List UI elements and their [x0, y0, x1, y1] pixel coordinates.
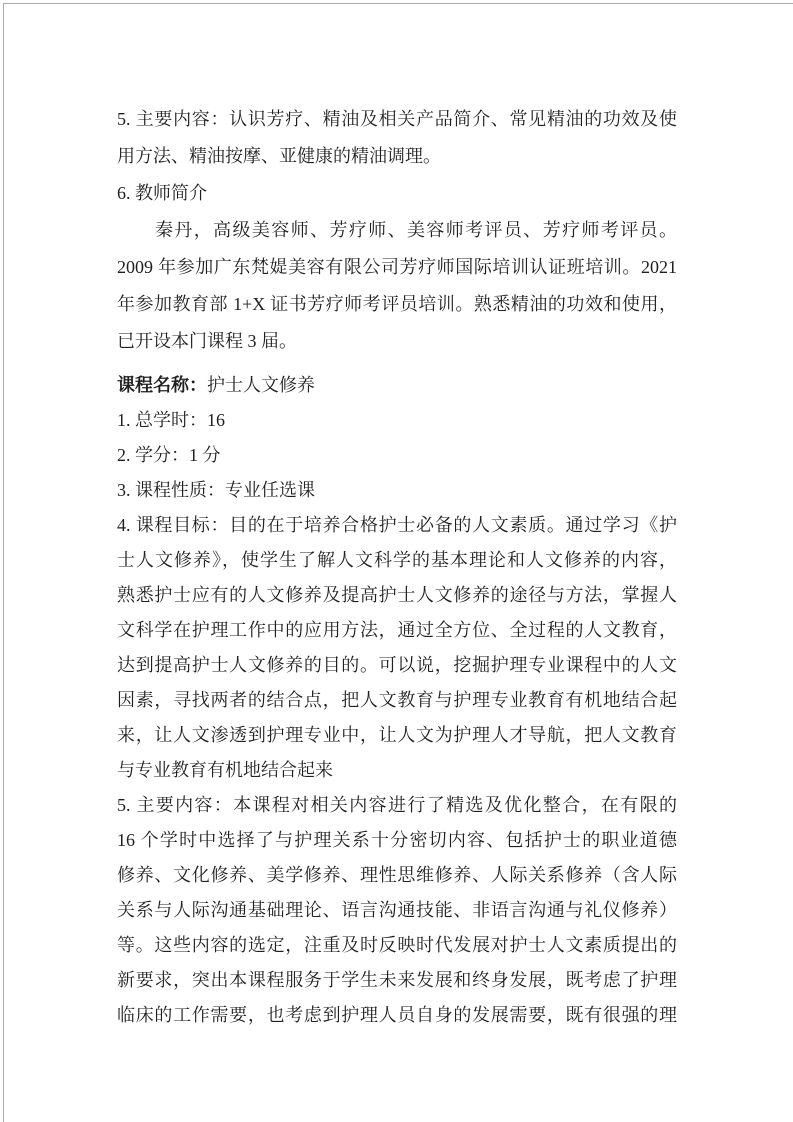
text-line: 2. 学分：1 分	[117, 438, 677, 473]
text-line: 与专业教育有机地结合起来	[117, 753, 677, 788]
text-line: 2009 年参加广东梵媞美容有限公司芳疗师国际培训认证班培训。2021	[117, 249, 677, 286]
course2-section: 课程名称：护士人文修养 1. 总学时：16 2. 学分：1 分 3. 课程性质：…	[117, 368, 677, 1033]
course2-objective-paragraph: 4. 课程目标：目的在于培养合格护士必备的人文素质。通过学习《护 士人文修养》，…	[117, 508, 677, 788]
text-line: 1. 总学时：16	[117, 403, 677, 438]
text-line: 因素，寻找两者的结合点，把人文教育与护理专业教育有机地结合起	[117, 683, 677, 718]
text-line: 6. 教师简介	[117, 175, 677, 212]
text-line: 来，让人文渗透到护理专业中，让人文为护理人才导航，把人文教育	[117, 718, 677, 753]
course1-teacher-bio-paragraph: 秦丹，高级美容师、芳疗师、美容师考评员、芳疗师考评员。 2009 年参加广东梵媞…	[117, 212, 677, 360]
course1-main-content-paragraph: 5. 主要内容：认识芳疗、精油及相关产品简介、常见精油的功效及使 用方法、精油按…	[117, 101, 677, 175]
page-edge-line-left	[3, 3, 4, 1122]
document-page: 5. 主要内容：认识芳疗、精油及相关产品简介、常见精油的功效及使 用方法、精油按…	[0, 0, 793, 1122]
text-line: 16 个学时中选择了与护理关系十分密切内容、包括护士的职业道德	[117, 823, 677, 858]
text-line: 达到提高护士人文修养的目的。可以说，挖掘护理专业课程中的人文	[117, 648, 677, 683]
text-line: 士人文修养》，使学生了解人文科学的基本理论和人文修养的内容，	[117, 543, 677, 578]
page-edge-line-top	[3, 3, 793, 4]
document-body: 5. 主要内容：认识芳疗、精油及相关产品简介、常见精油的功效及使 用方法、精油按…	[117, 101, 677, 1033]
text-line: 年参加教育部 1+X 证书芳疗师考评员培训。熟悉精油的功效和使用，	[117, 286, 677, 323]
course2-type-paragraph: 3. 课程性质：专业任选课	[117, 473, 677, 508]
course2-main-content-paragraph: 5. 主要内容：本课程对相关内容进行了精选及优化整合，在有限的 16 个学时中选…	[117, 788, 677, 1033]
course-name-value: 护士人文修养	[207, 375, 315, 395]
text-line: 新要求，突出本课程服务于学生未来发展和终身发展，既考虑了护理	[117, 963, 677, 998]
course2-credit-paragraph: 2. 学分：1 分	[117, 438, 677, 473]
text-line: 4. 课程目标：目的在于培养合格护士必备的人文素质。通过学习《护	[117, 508, 677, 543]
text-line: 3. 课程性质：专业任选课	[117, 473, 677, 508]
course2-total-hours-paragraph: 1. 总学时：16	[117, 403, 677, 438]
text-line: 已开设本门课程 3 届。	[117, 323, 677, 360]
course-name-label: 课程名称：	[117, 375, 207, 395]
text-line: 关系与人际沟通基础理论、语言沟通技能、非语言沟通与礼仪修养）	[117, 893, 677, 928]
text-line: 等。这些内容的选定，注重及时反映时代发展对护士人文素质提出的	[117, 928, 677, 963]
text-line: 临床的工作需要，也考虑到护理人员自身的发展需要，既有很强的理	[117, 998, 677, 1033]
text-line: 修养、文化修养、美学修养、理性思维修养、人际关系修养（含人际	[117, 858, 677, 893]
course2-title-line: 课程名称：护士人文修养	[117, 368, 677, 403]
course1-section: 5. 主要内容：认识芳疗、精油及相关产品简介、常见精油的功效及使 用方法、精油按…	[117, 101, 677, 360]
text-line: 熟悉护士应有的人文修养及提高护士人文修养的途径与方法，掌握人	[117, 578, 677, 613]
text-line: 用方法、精油按摩、亚健康的精油调理。	[117, 138, 677, 175]
text-line: 文科学在护理工作中的应用方法，通过全方位、全过程的人文教育，	[117, 613, 677, 648]
course1-teacher-heading-paragraph: 6. 教师简介	[117, 175, 677, 212]
text-line: 5. 主要内容：认识芳疗、精油及相关产品简介、常见精油的功效及使	[117, 101, 677, 138]
text-line: 秦丹，高级美容师、芳疗师、美容师考评员、芳疗师考评员。	[117, 212, 677, 249]
text-line: 5. 主要内容：本课程对相关内容进行了精选及优化整合，在有限的	[117, 788, 677, 823]
